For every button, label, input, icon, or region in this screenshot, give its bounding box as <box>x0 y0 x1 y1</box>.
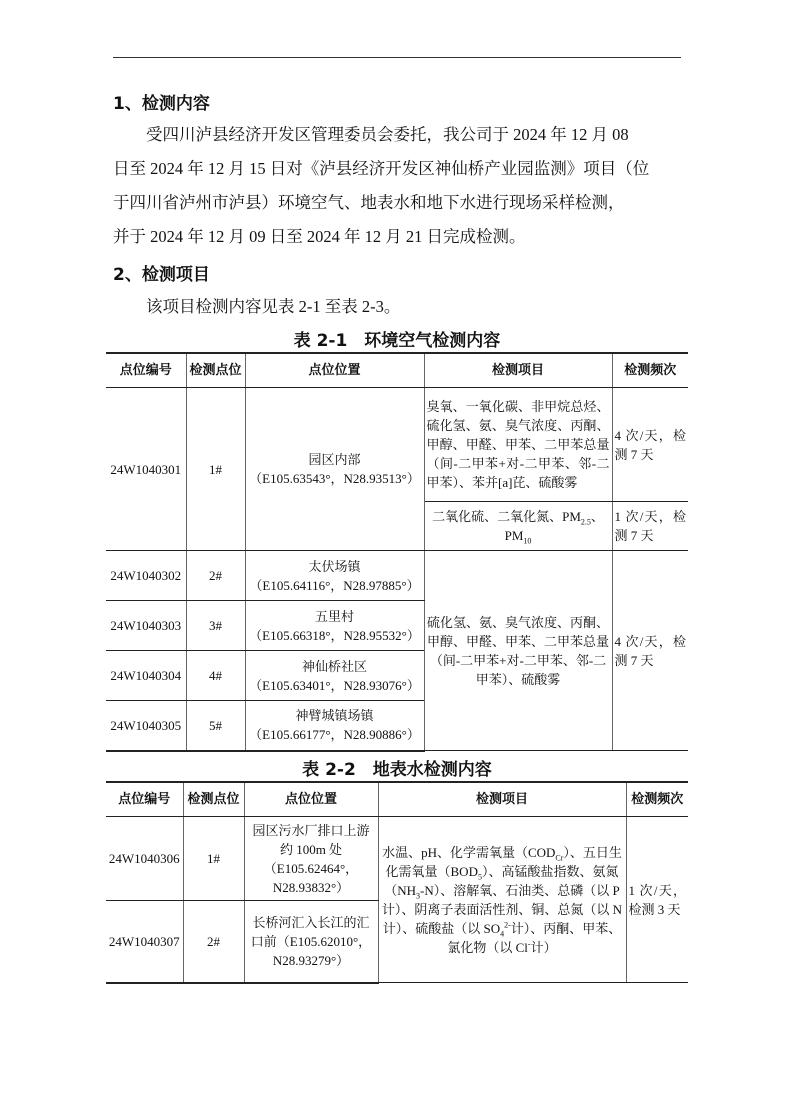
header-frequency: 检测频次 <box>626 782 688 817</box>
location: 神仙桥社区 （E105.63401°，N28.93076°） <box>245 651 424 701</box>
header-point-code: 点位编号 <box>106 782 183 817</box>
table1-caption: 表 2-1 环境空气检测内容 <box>106 331 688 351</box>
table-row: 24W1040306 1# 园区污水厂排口上游约 100m 处（E105.624… <box>106 817 688 901</box>
header-items: 检测项目 <box>424 353 612 388</box>
point-code: 24W1040306 <box>106 817 183 901</box>
detection-items: 臭氧、一氧化碳、非甲烷总烃、硫化氢、氨、臭气浓度、丙酮、甲醇、甲醛、甲苯、二甲苯… <box>424 388 612 502</box>
table-header-row: 点位编号 检测点位 点位位置 检测项目 检测频次 <box>106 782 688 817</box>
detection-point: 4# <box>186 651 245 701</box>
section1-paragraph: 受四川泸县经济开发区管理委员会委托，我公司于 2024 年 12 月 08 日至… <box>113 118 688 254</box>
frequency: 1 次/天，检测 7 天 <box>612 502 688 551</box>
section2-paragraph: 该项目检测内容见表 2-1 至表 2-3。 <box>113 290 688 324</box>
header-location: 点位位置 <box>244 782 378 817</box>
detection-point: 3# <box>186 601 245 651</box>
location-coords: （E105.66318°，N28.95532°） <box>248 626 422 645</box>
location-coords: （E105.63543°，N28.93513°） <box>248 469 422 488</box>
section2-paragraph-text: 该项目检测内容见表 2-1 至表 2-3。 <box>146 297 400 316</box>
header-items: 检测项目 <box>378 782 626 817</box>
table-ambient-air: 点位编号 检测点位 点位位置 检测项目 检测频次 24W1040301 1# 园… <box>106 352 688 752</box>
location: 园区污水厂排口上游约 100m 处（E105.62464°，N28.93832°… <box>244 817 378 901</box>
paragraph-line-1: 受四川泸县经济开发区管理委员会委托，我公司于 2024 年 12 月 08 <box>146 125 629 144</box>
header-detection-point: 检测点位 <box>183 782 244 817</box>
paragraph-line-4: 并于 2024 年 12 月 09 日至 2024 年 12 月 21 日完成检… <box>113 220 688 254</box>
point-code: 24W1040304 <box>106 651 186 701</box>
table-row: 24W1040302 2# 太伏场镇 （E105.64116°，N28.9788… <box>106 551 688 601</box>
detection-point: 1# <box>186 388 245 551</box>
location: 五里村 （E105.66318°，N28.95532°） <box>245 601 424 651</box>
location-name: 太伏场镇 <box>248 557 422 576</box>
frequency: 1 次/天，检测 3 天 <box>626 817 688 983</box>
detection-point: 2# <box>186 551 245 601</box>
location: 园区内部 （E105.63543°，N28.93513°） <box>245 388 424 551</box>
section-heading-detection-items: 2、检测项目 <box>113 265 210 285</box>
location-coords: （E105.63401°，N28.93076°） <box>248 676 422 695</box>
detection-point: 1# <box>183 817 244 901</box>
location: 神臂城镇场镇 （E105.66177°，N28.90886°） <box>245 701 424 751</box>
location-name: 神臂城镇场镇 <box>248 706 422 725</box>
point-code: 24W1040301 <box>106 388 186 551</box>
detection-items: 二氧化硫、二氧化氮、PM2.5、PM10 <box>424 502 612 551</box>
location-coords: （E105.66177°，N28.90886°） <box>248 725 422 744</box>
paragraph-line-3: 于四川省泸州市泸县）环境空气、地表水和地下水进行现场采样检测， <box>113 186 688 220</box>
table-surface-water: 点位编号 检测点位 点位位置 检测项目 检测频次 24W1040306 1# 园… <box>106 781 688 984</box>
location: 太伏场镇 （E105.64116°，N28.97885°） <box>245 551 424 601</box>
table2-caption: 表 2-2 地表水检测内容 <box>106 760 688 780</box>
detection-items: 硫化氢、氨、臭气浓度、丙酮、甲醇、甲醛、甲苯、二甲苯总量（间-二甲苯+对-二甲苯… <box>424 551 612 751</box>
detection-point: 5# <box>186 701 245 751</box>
header-frequency: 检测频次 <box>612 353 688 388</box>
location-name: 神仙桥社区 <box>248 657 422 676</box>
header-detection-point: 检测点位 <box>186 353 245 388</box>
location-name: 五里村 <box>248 607 422 626</box>
table-header-row: 点位编号 检测点位 点位位置 检测项目 检测频次 <box>106 353 688 388</box>
paragraph-line-2: 日至 2024 年 12 月 15 日对《泸县经济开发区神仙桥产业园监测》项目（… <box>113 152 688 186</box>
table-row: 24W1040301 1# 园区内部 （E105.63543°，N28.9351… <box>106 388 688 502</box>
location: 长桥河汇入长江的汇口前（E105.62010°，N28.93279°） <box>244 901 378 983</box>
point-code: 24W1040307 <box>106 901 183 983</box>
point-code: 24W1040303 <box>106 601 186 651</box>
location-coords: （E105.64116°，N28.97885°） <box>248 576 422 595</box>
page-header-rule <box>113 57 681 58</box>
detection-point: 2# <box>183 901 244 983</box>
section-heading-detection-content: 1、检测内容 <box>113 94 210 114</box>
point-code: 24W1040302 <box>106 551 186 601</box>
location-name: 园区内部 <box>248 450 422 469</box>
point-code: 24W1040305 <box>106 701 186 751</box>
header-point-code: 点位编号 <box>106 353 186 388</box>
detection-items: 水温、pH、化学需氧量（CODCr）、五日生化需氧量（BOD5）、高锰酸盐指数、… <box>378 817 626 983</box>
header-location: 点位位置 <box>245 353 424 388</box>
frequency: 4 次/天，检测 7 天 <box>612 388 688 502</box>
frequency: 4 次/天，检测 7 天 <box>612 551 688 751</box>
